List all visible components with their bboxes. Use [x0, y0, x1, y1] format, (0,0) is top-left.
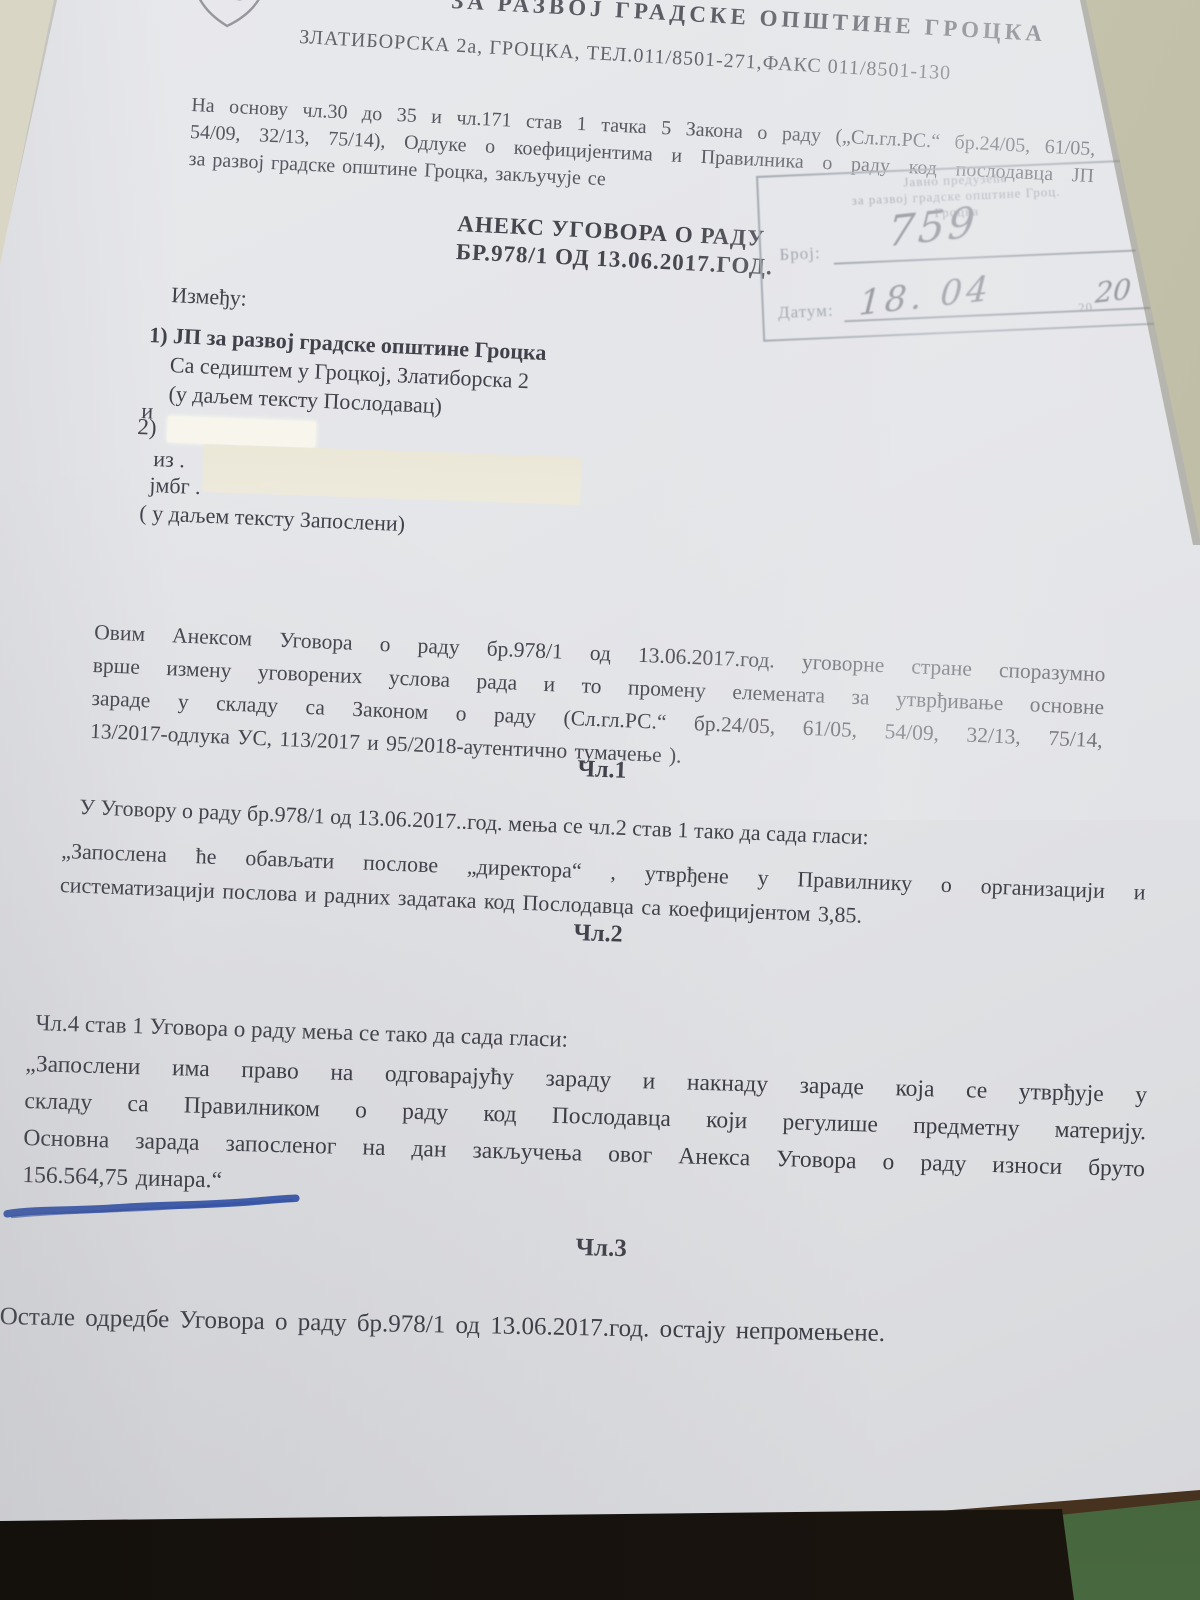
party2-jmbg-label: јмбг .	[149, 472, 201, 500]
stamp-number-line	[833, 228, 1136, 265]
party1-block: 1) ЈП за развој градске општине Гроцка С…	[146, 320, 547, 425]
document-photo: ЗА РАЗВОЈ ГРАДСКЕ ОПШТИНЕ ГРОЦКА ЗЛАТИБО…	[0, 0, 1200, 1600]
coat-of-arms-logo	[180, 0, 276, 54]
redaction-box-name	[167, 416, 316, 448]
party2-from-label: из .	[153, 446, 186, 473]
redaction-box-personal	[202, 444, 581, 505]
stamp-year-handwritten: 20	[1094, 272, 1132, 309]
article-heading-2: Чл.2	[573, 920, 623, 949]
party2-number: 2)	[137, 414, 157, 441]
party2-role: ( у даљем тексту Запослени)	[139, 500, 406, 537]
registry-stamp: Јавно предузеће за развој градске општин…	[756, 159, 1161, 342]
paper-content: ЗА РАЗВОЈ ГРАДСКЕ ОПШТИНЕ ГРОЦКА ЗЛАТИБО…	[0, 0, 1200, 1600]
article-heading-1: Чл.1	[577, 756, 627, 785]
article-heading-3: Чл.3	[575, 1234, 627, 1263]
doc-title: АНЕКС УГОВОРА О РАДУ БР.978/1 ОД 13.06.2…	[455, 210, 775, 281]
article2-para1: Чл.4 став 1 Уговора о раду мења се тако …	[35, 1010, 568, 1053]
article3-para1: Остале одредбе Уговора о раду бр.978/1 о…	[0, 1303, 885, 1348]
stamp-number-label: Број:	[779, 243, 821, 265]
stamp-date-label: Датум:	[778, 301, 834, 323]
between-label: Између:	[171, 282, 248, 312]
